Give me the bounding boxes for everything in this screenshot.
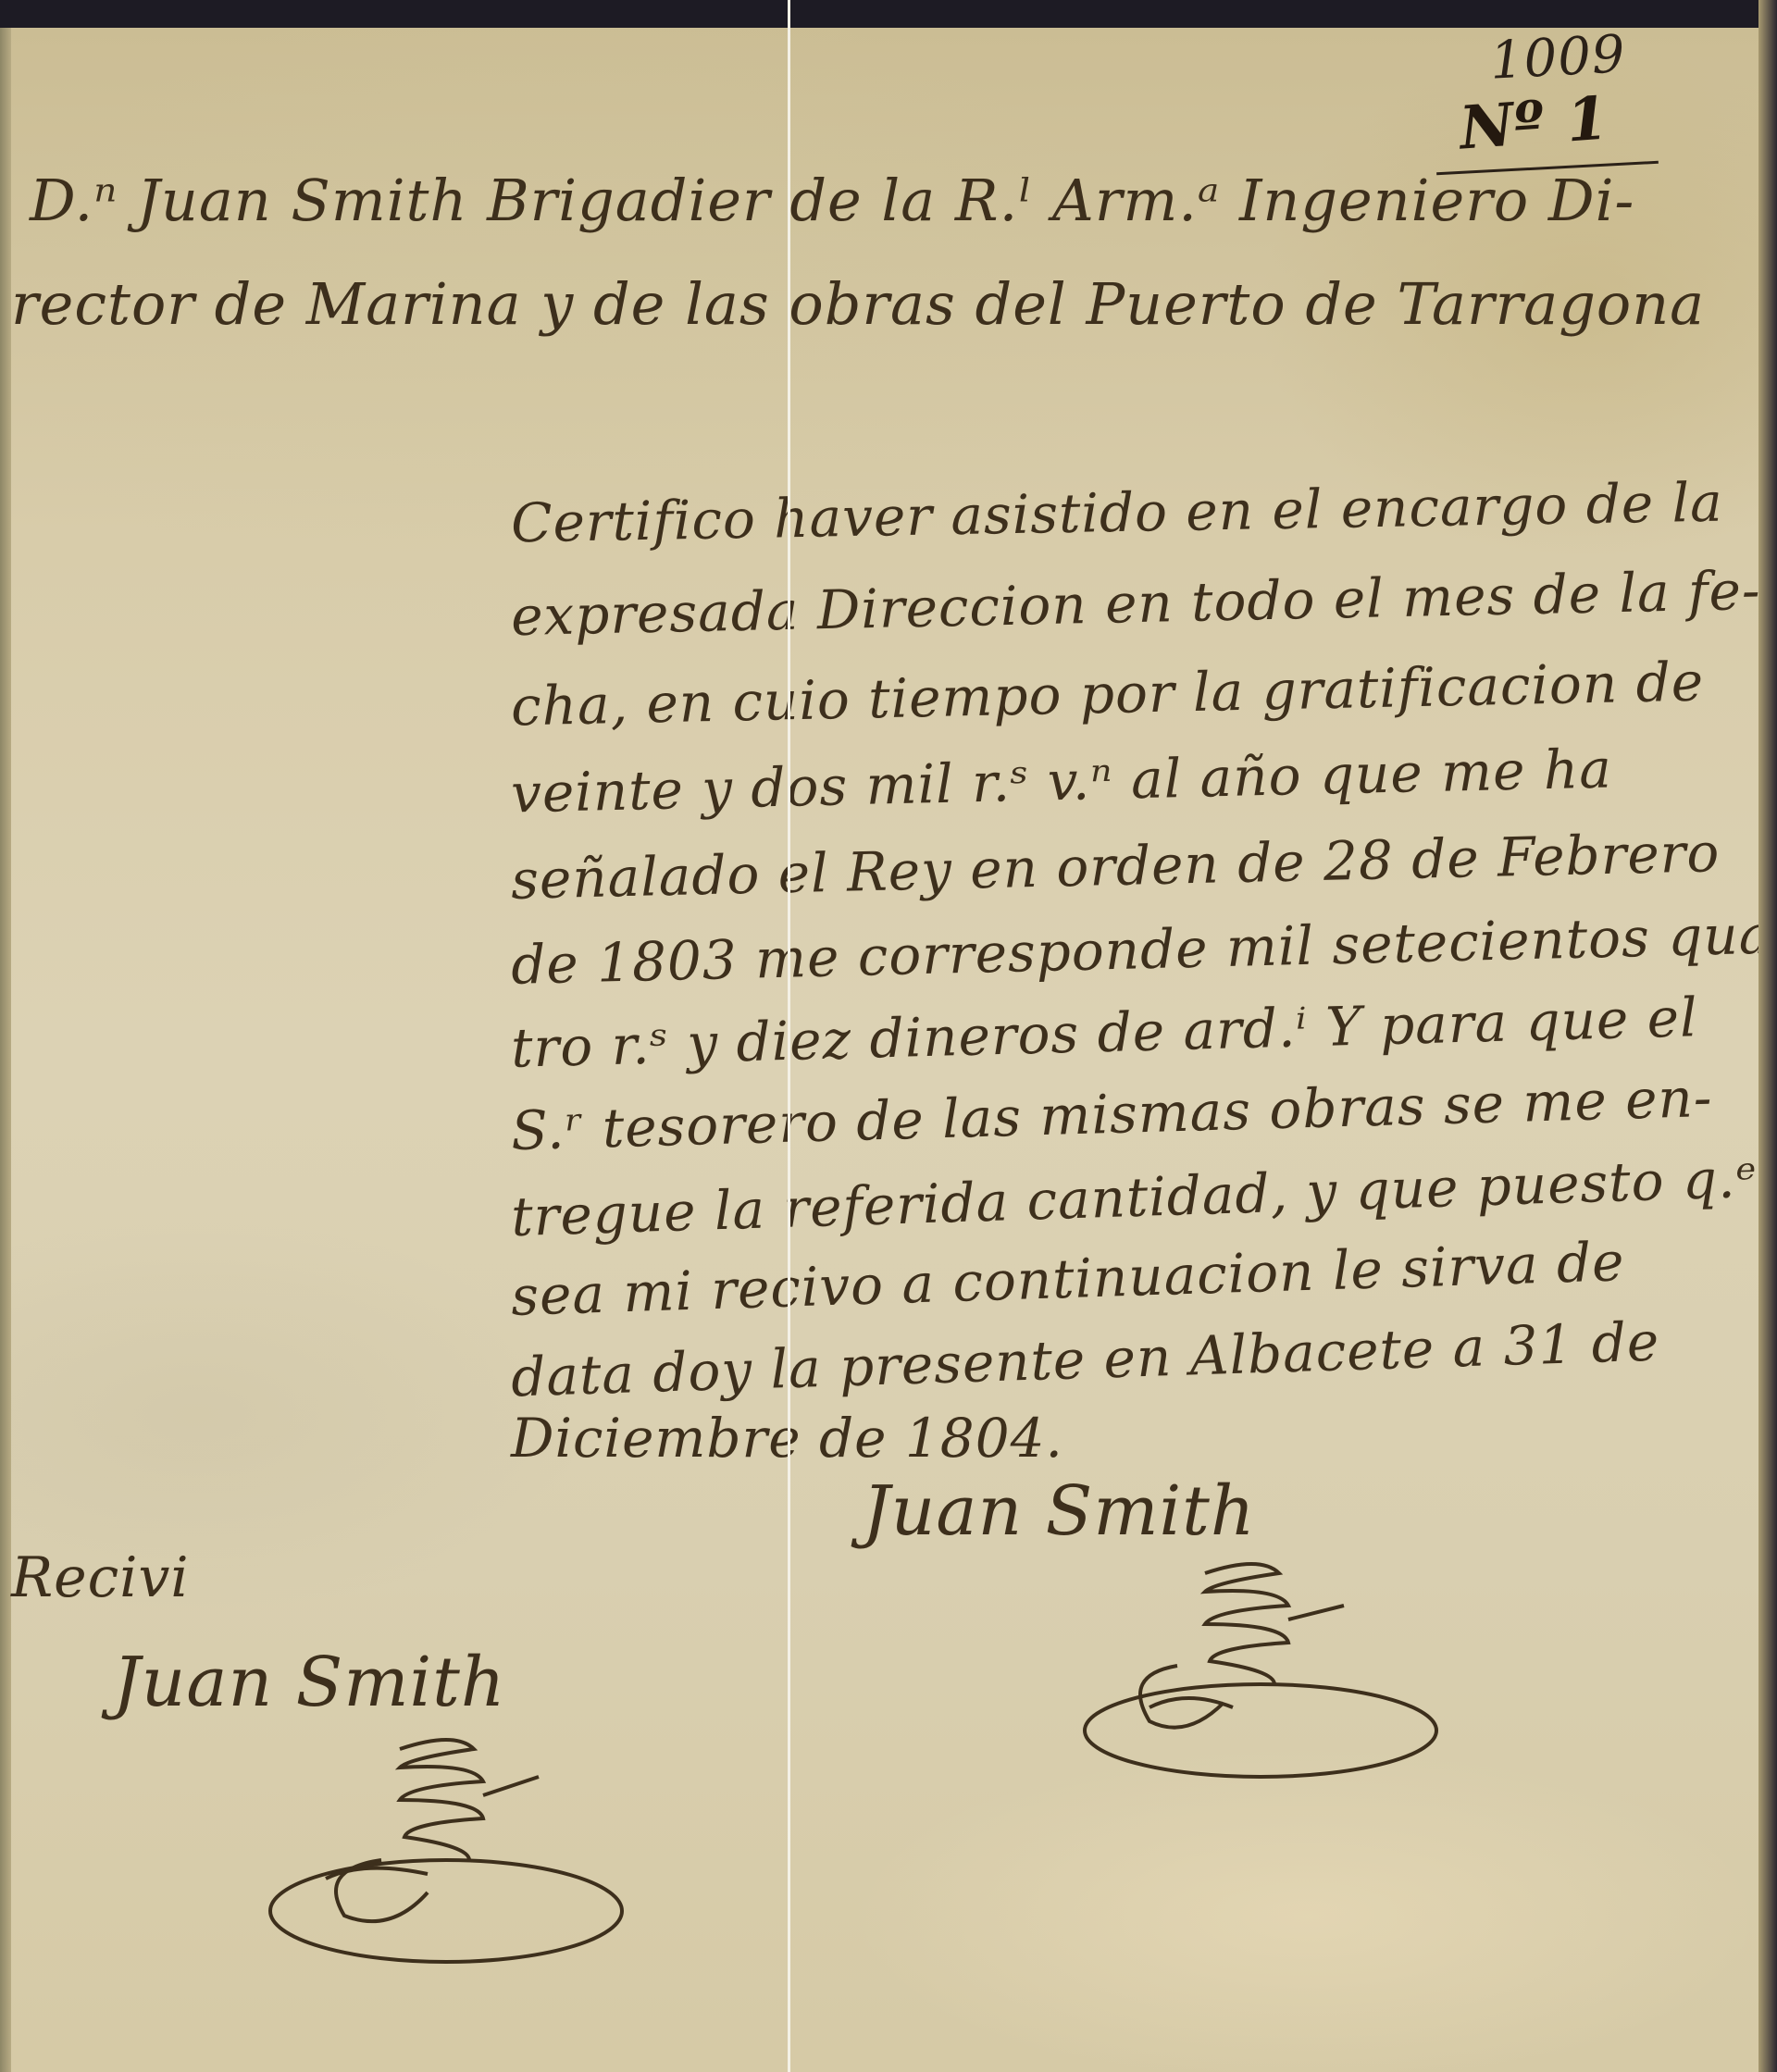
manuscript-page: 1009 Nº 1 D.ⁿ Juan Smith Brigadier de la… — [11, 28, 1758, 2072]
signature-flourish-icon — [1075, 1545, 1464, 1786]
header-line-1: D.ⁿ Juan Smith Brigadier de la R.ˡ Arm.ᵃ… — [30, 167, 1634, 234]
body-line: cha, en cuio tiempo por la gratificacion… — [510, 651, 1704, 738]
body-line: S.ʳ tesorero de las mismas obras se me e… — [510, 1066, 1713, 1162]
receipt-label: Recivi — [11, 1545, 190, 1610]
body-line: Certifico haver asistido en el encargo d… — [511, 471, 1724, 555]
body-line: veinte y dos mil r.ˢ v.ⁿ al año que me h… — [510, 738, 1612, 825]
body-line: tro r.ˢ y diez dineros de ard.ⁱ Y para q… — [510, 986, 1698, 1080]
receipt-signature-flourish-icon — [261, 1731, 650, 1971]
body-line: expresada Direccion en todo el mes de la… — [510, 559, 1761, 648]
body-line: señalado el Rey en orden de 28 de Febrer… — [510, 821, 1721, 912]
body-line: sea mi recivo a continuacion le sirva de — [510, 1230, 1625, 1328]
scan-right-edge — [1758, 0, 1777, 2072]
scan-fold-line — [788, 0, 790, 2072]
signature-main-name: Juan Smith — [863, 1471, 1256, 1551]
document-number: Nº 1 — [1458, 83, 1611, 163]
scan-top-border — [0, 0, 1777, 30]
body-line: de 1803 me corresponde mil setecientos q… — [510, 902, 1777, 997]
body-line: data doy la presente en Albacete a 31 de — [510, 1310, 1660, 1409]
header-line-2: rector de Marina y de las obras del Puer… — [11, 270, 1705, 338]
archival-number: 1009 — [1488, 24, 1627, 92]
receipt-signature-name: Juan Smith — [113, 1643, 506, 1722]
scan-left-edge — [0, 28, 11, 2072]
